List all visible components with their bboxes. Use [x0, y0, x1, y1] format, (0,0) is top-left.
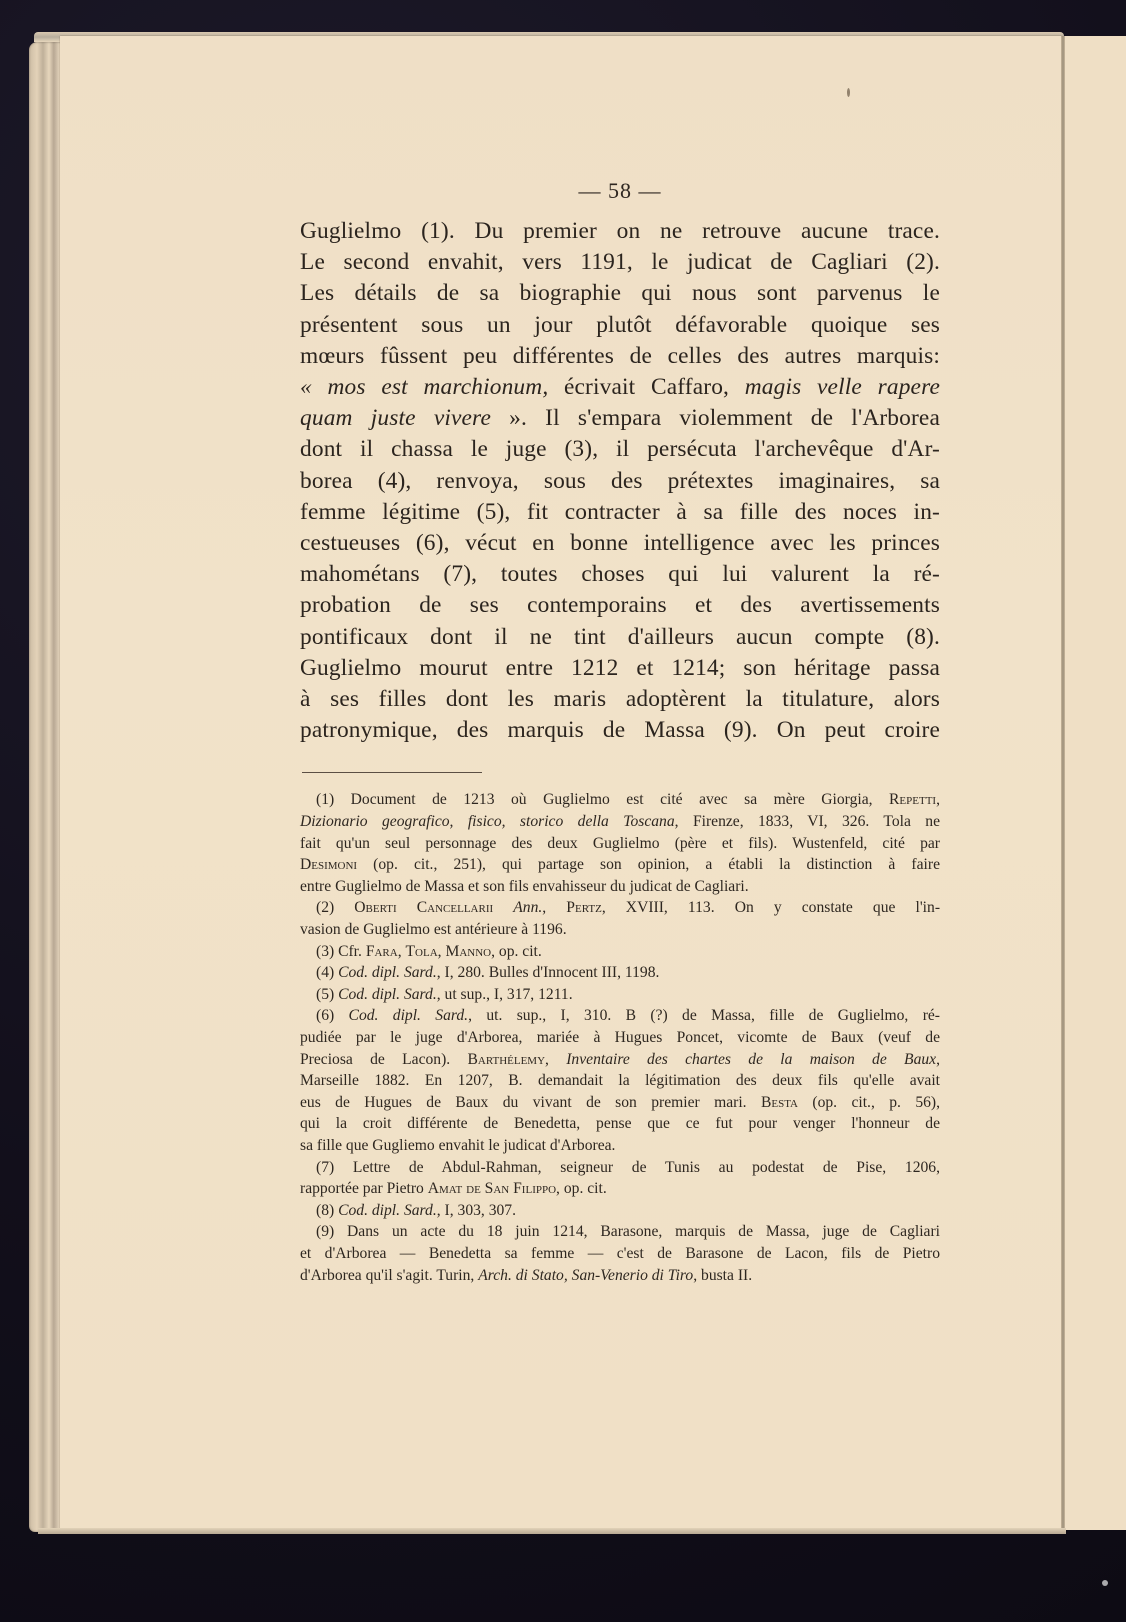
latin-quote: magis velle rapere: [745, 374, 940, 400]
page-bottom-edge: [38, 1528, 1066, 1534]
facing-page-edge: [1065, 36, 1126, 1530]
body-line: mœurs fûssent peu différentes de celles …: [300, 341, 940, 372]
body-line: borea (4), renvoya, sous des prétextes i…: [300, 466, 940, 497]
body-line: probation de ses contemporains et des av…: [300, 590, 940, 621]
footnote-separator: [302, 772, 482, 773]
footnote-8: (8) Cod. dipl. Sard., I, 303, 307.: [300, 1200, 940, 1222]
paper-speck: [847, 88, 850, 97]
footnote-5: (5) Cod. dipl. Sard., ut sup., I, 317, 1…: [300, 984, 940, 1006]
footnote-2: (2) Oberti Cancellarii Ann., Pertz, XVII…: [300, 897, 940, 940]
latin-quote: « mos est marchionum,: [300, 374, 548, 400]
body-line: quam juste vivere ». Il s'empara violemm…: [300, 403, 940, 434]
body-text: Guglielmo (1). Du premier on ne retrouve…: [300, 216, 940, 746]
body-line: Guglielmo mourut entre 1212 et 1214; son…: [300, 653, 940, 684]
footnote-1: (1) Document de 1213 où Guglielmo est ci…: [300, 789, 940, 897]
footnotes: (1) Document de 1213 où Guglielmo est ci…: [300, 789, 940, 1286]
body-line: femme légitime (5), fit contracter à sa …: [300, 497, 940, 528]
latin-quote: quam juste vivere: [300, 405, 491, 431]
footnote-7: (7) Lettre de Abdul-Rahman, seigneur de …: [300, 1157, 940, 1200]
body-line: présentent sous un jour plutôt défavorab…: [300, 310, 940, 341]
body-line: pontificaux dont il ne tint d'ailleurs a…: [300, 622, 940, 653]
footnote-9: (9) Dans un acte du 18 juin 1214, Baraso…: [300, 1221, 940, 1286]
body-line: patronymique, des marquis de Massa (9). …: [300, 715, 940, 746]
body-line: Le second envahit, vers 1191, le judicat…: [300, 247, 940, 278]
body-line: dont il chassa le juge (3), il persécuta…: [300, 434, 940, 465]
body-line: Guglielmo (1). Du premier on ne retrouve…: [300, 216, 940, 247]
body-line: cestueuses (6), vécut en bonne intellige…: [300, 528, 940, 559]
page-content: — 58 — Guglielmo (1). Du premier on ne r…: [300, 178, 940, 1286]
footnote-6: (6) Cod. dipl. Sard., ut. sup., I, 310. …: [300, 1005, 940, 1156]
body-line: Les détails de sa biographie qui nous so…: [300, 278, 940, 309]
body-line: « mos est marchionum, écrivait Caffaro, …: [300, 372, 940, 403]
paper-speck: [1102, 1580, 1108, 1586]
body-line: mahométans (7), toutes choses qui lui va…: [300, 559, 940, 590]
footnote-3: (3) Cfr. Fara, Tola, Manno, op. cit.: [300, 941, 940, 963]
body-line: à ses filles dont les maris adoptèrent l…: [300, 684, 940, 715]
page-number: — 58 —: [300, 178, 940, 204]
footnote-4: (4) Cod. dipl. Sard., I, 280. Bulles d'I…: [300, 962, 940, 984]
